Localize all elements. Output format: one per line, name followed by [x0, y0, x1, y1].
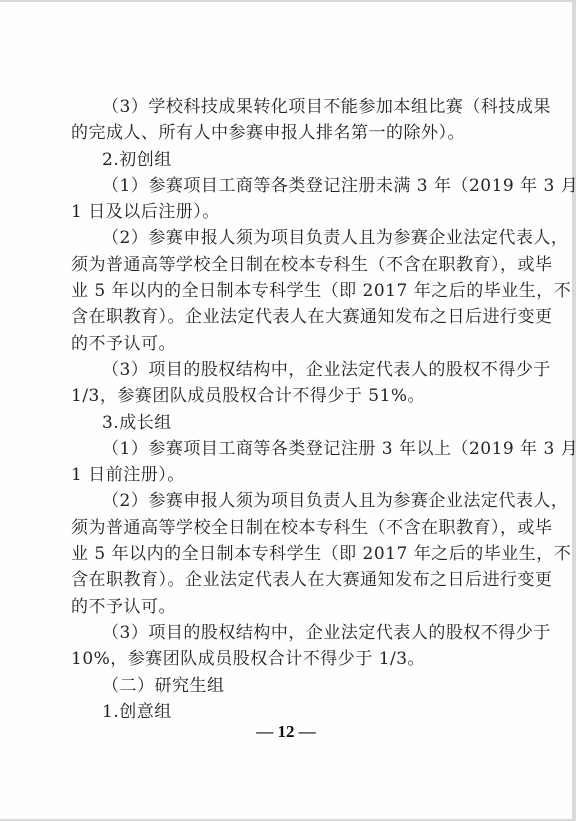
text-line: （1）参赛项目工商等各类登记注册未满 3 年（2019 年 3 月: [71, 173, 501, 199]
text-line: 1 日前注册）。: [71, 462, 501, 488]
page-number: — 12 —: [0, 722, 572, 742]
text-line: 的完成人、所有人中参赛申报人排名第一的除外）。: [71, 120, 501, 146]
text-line: 2.初创组: [71, 147, 501, 173]
text-line: 3.成长组: [71, 410, 501, 436]
text-line: 含在职教育）。企业法定代表人在大赛通知发布之日后进行变更: [71, 304, 501, 330]
text-line: 的不予认可。: [71, 594, 501, 620]
text-line: 10%，参赛团队成员股权合计不得少于 1/3。: [71, 646, 501, 672]
document-body: （3）学校科技成果转化项目不能参加本组比赛（科技成果的完成人、所有人中参赛申报人…: [71, 94, 501, 725]
text-line: （2）参赛申报人须为项目负责人且为参赛企业法定代表人，: [71, 488, 501, 514]
text-line: 含在职教育）。企业法定代表人在大赛通知发布之日后进行变更: [71, 567, 501, 593]
text-line: 须为普通高等学校全日制在校本专科生（不含在职教育），或毕: [71, 252, 501, 278]
text-line: 须为普通高等学校全日制在校本专科生（不含在职教育），或毕: [71, 515, 501, 541]
text-line: 业 5 年以内的全日制本专科学生（即 2017 年之后的毕业生，不: [71, 541, 501, 567]
text-line: 的不予认可。: [71, 331, 501, 357]
document-page: （3）学校科技成果转化项目不能参加本组比赛（科技成果的完成人、所有人中参赛申报人…: [0, 2, 572, 819]
text-line: 1/3，参赛团队成员股权合计不得少于 51%。: [71, 383, 501, 409]
text-line: （1）参赛项目工商等各类登记注册 3 年以上（2019 年 3 月: [71, 436, 501, 462]
text-line: （二）研究生组: [71, 673, 501, 699]
text-line: （3）学校科技成果转化项目不能参加本组比赛（科技成果: [71, 94, 501, 120]
text-line: 1 日及以后注册）。: [71, 199, 501, 225]
text-line: （3）项目的股权结构中，企业法定代表人的股权不得少于: [71, 620, 501, 646]
text-line: （3）项目的股权结构中，企业法定代表人的股权不得少于: [71, 357, 501, 383]
text-line: 业 5 年以内的全日制本专科学生（即 2017 年之后的毕业生，不: [71, 278, 501, 304]
text-line: （2）参赛申报人须为项目负责人且为参赛企业法定代表人，: [71, 225, 501, 251]
